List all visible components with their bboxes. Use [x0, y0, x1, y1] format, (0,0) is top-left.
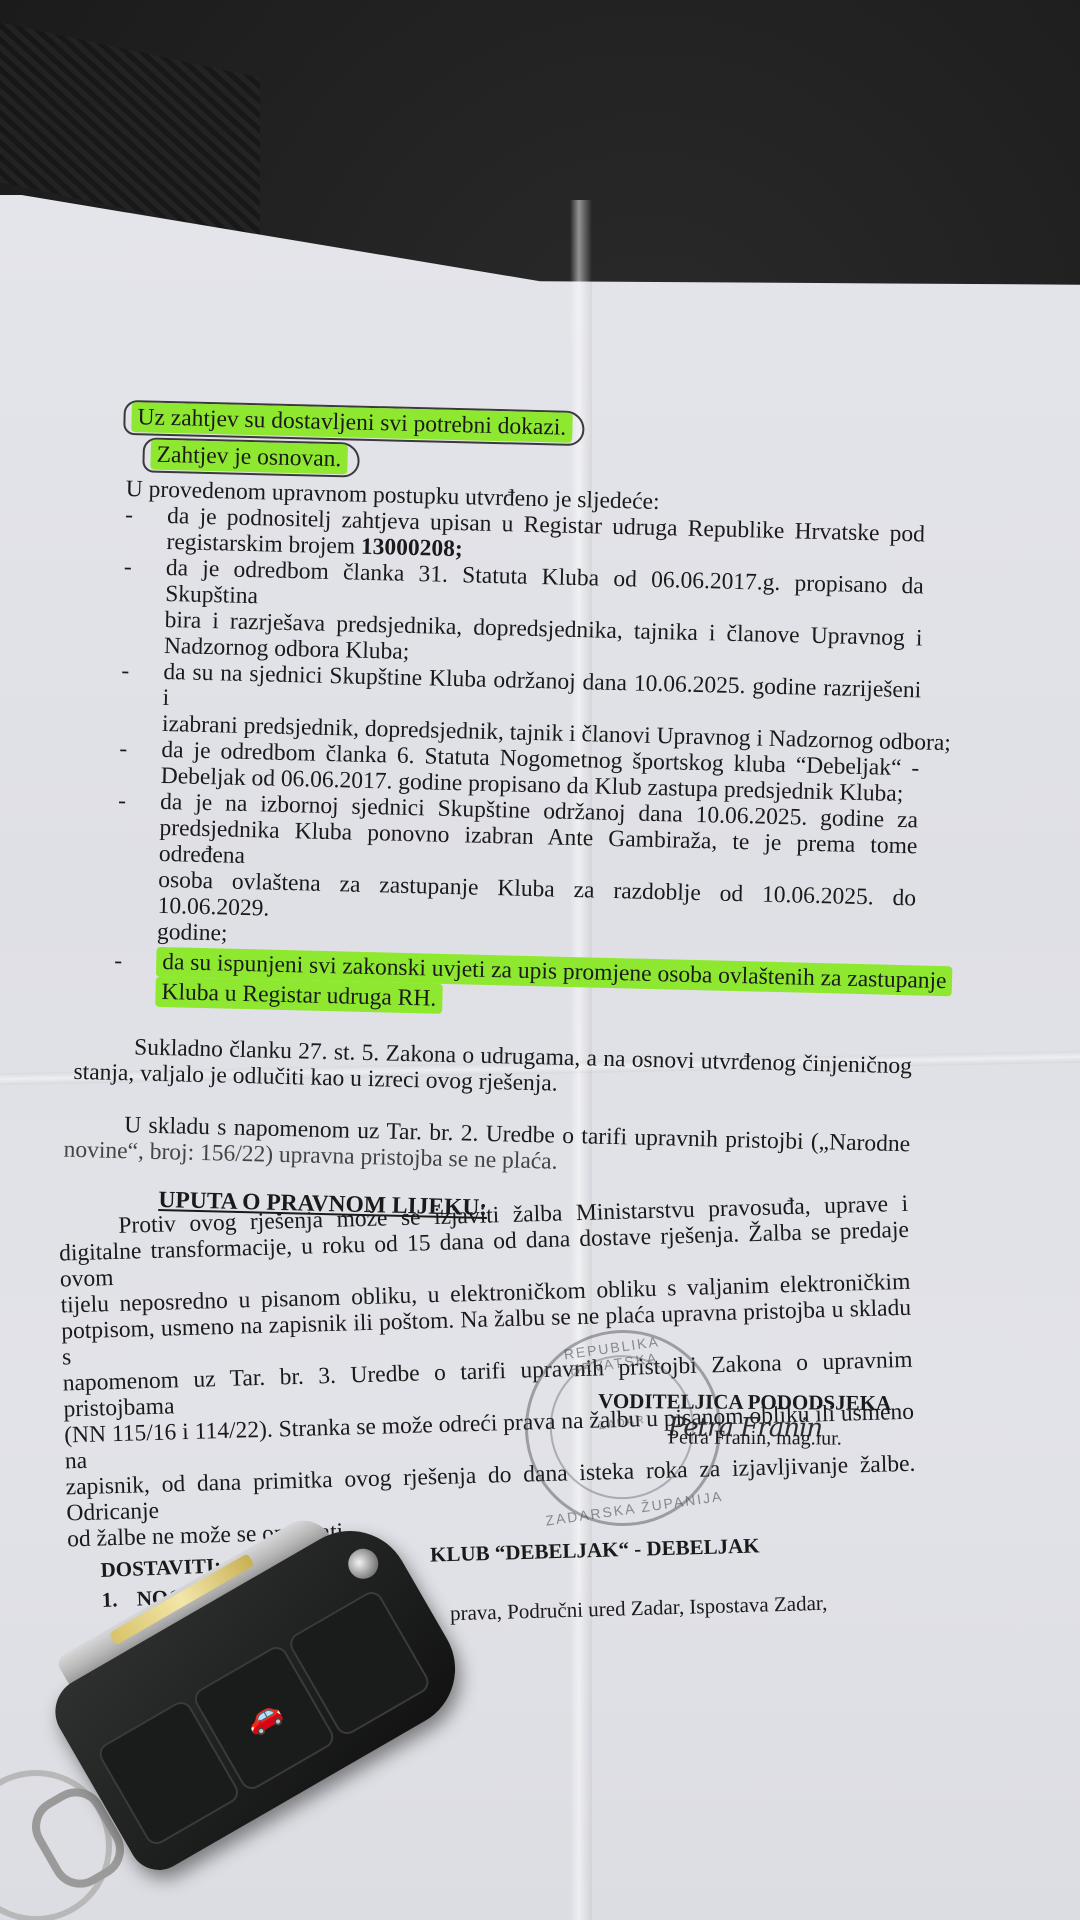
car-trunk-icon: 🚗 — [211, 1677, 315, 1757]
intro-line-2: Zahtjev je osnovan. — [150, 440, 347, 475]
finding-item: da je na izbornoj sjednici Skupštine odr… — [115, 788, 919, 963]
paragraph-legal-basis: Sukladno članku 27. st. 5. Zakona o udru… — [73, 1033, 912, 1105]
signature-block: VODITELJICA PODODSJEKA Petra Franin Petr… — [598, 1389, 918, 1451]
findings-list: da je podnositelj zahtjeva upisan u Regi… — [113, 502, 925, 1023]
legal-remedy-text: Protiv ovog rješenja može se izjaviti ža… — [58, 1191, 917, 1553]
pen-circle-annotation-2: Zahtjev je osnovan. — [142, 437, 359, 477]
delivery-item-number: 1. — [101, 1587, 118, 1612]
finding-item: da je odredbom članka 31. Statuta Kluba … — [122, 554, 924, 678]
paragraph-fee: U skladu s napomenom uz Tar. br. 2. Ured… — [63, 1111, 910, 1184]
finding-line-highlighted: Kluba u Registar udruga RH. — [155, 977, 442, 1014]
signatory-name: Petra Franin, mag.iur. — [668, 1426, 918, 1451]
key-release-button — [343, 1543, 384, 1584]
